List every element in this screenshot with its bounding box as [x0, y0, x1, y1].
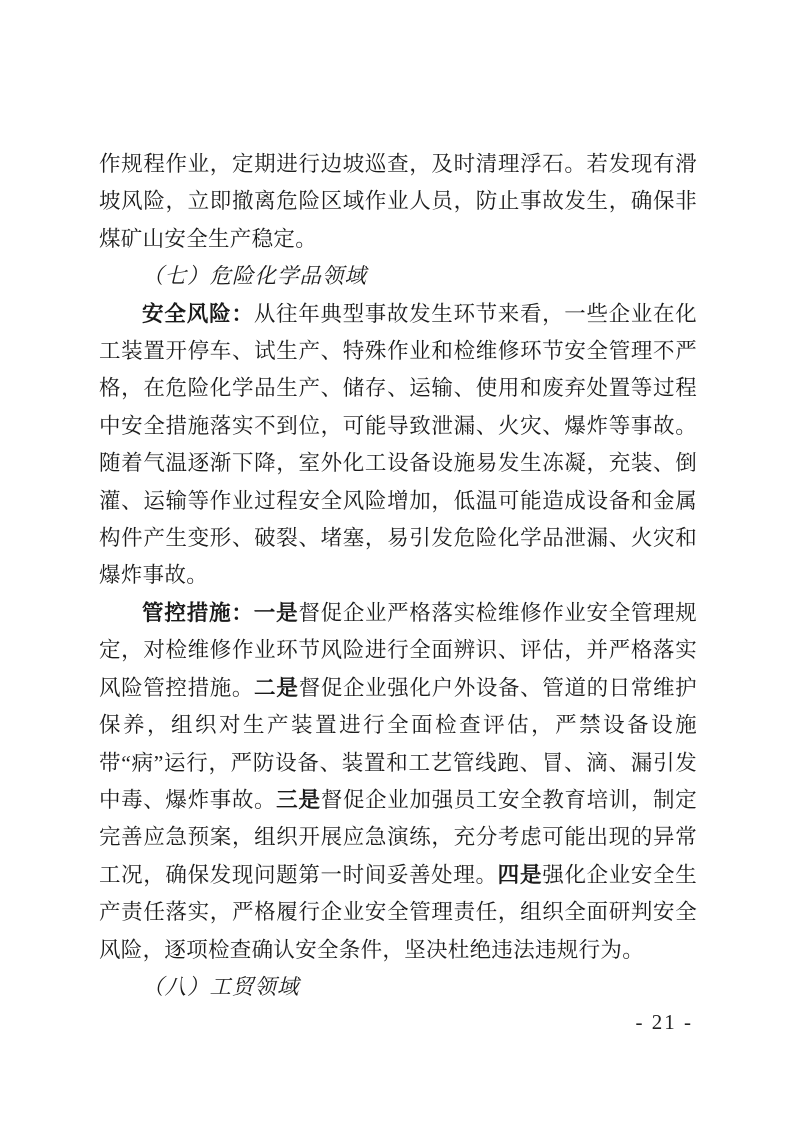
measure-3-marker: 三是 — [276, 788, 321, 812]
section-heading-text: （八）工贸领域 — [142, 975, 300, 999]
page-number: - 21 - — [636, 1010, 694, 1035]
paragraph-safety-risk: 安全风险：从往年典型事故发生环节来看，一些企业在化工装置开停车、试生产、特殊作业… — [99, 296, 697, 595]
control-measures-label: 管控措施： — [142, 601, 254, 625]
safety-risk-text: 从往年典型事故发生环节来看，一些企业在化工装置开停车、试生产、特殊作业和检维修环… — [99, 302, 697, 588]
section-heading-eight: （八）工贸领域 — [99, 969, 697, 1006]
paragraph-mine-continuation: 作规程作业，定期进行边坡巡查，及时清理浮石。若发现有滑坡风险，立即撤离危险区域作… — [99, 146, 697, 258]
document-body: 作规程作业，定期进行边坡巡查，及时清理浮石。若发现有滑坡风险，立即撤离危险区域作… — [99, 146, 697, 1006]
section-heading-seven: （七）危险化学品领域 — [99, 258, 697, 295]
measure-4-marker: 四是 — [498, 863, 543, 887]
safety-risk-label: 安全风险： — [142, 302, 254, 326]
measure-2-marker: 二是 — [254, 676, 299, 700]
document-page: 作规程作业，定期进行边坡巡查，及时清理浮石。若发现有滑坡风险，立即撤离危险区域作… — [0, 0, 793, 1122]
paragraph-text: 作规程作业，定期进行边坡巡查，及时清理浮石。若发现有滑坡风险，立即撤离危险区域作… — [99, 152, 697, 251]
section-heading-text: （七）危险化学品领域 — [142, 264, 367, 288]
paragraph-control-measures: 管控措施：一是督促企业严格落实检维修作业安全管理规定，对检维修作业环节风险进行全… — [99, 595, 697, 969]
page-number-text: - 21 - — [636, 1010, 694, 1034]
measure-1-marker: 一是 — [254, 601, 299, 625]
